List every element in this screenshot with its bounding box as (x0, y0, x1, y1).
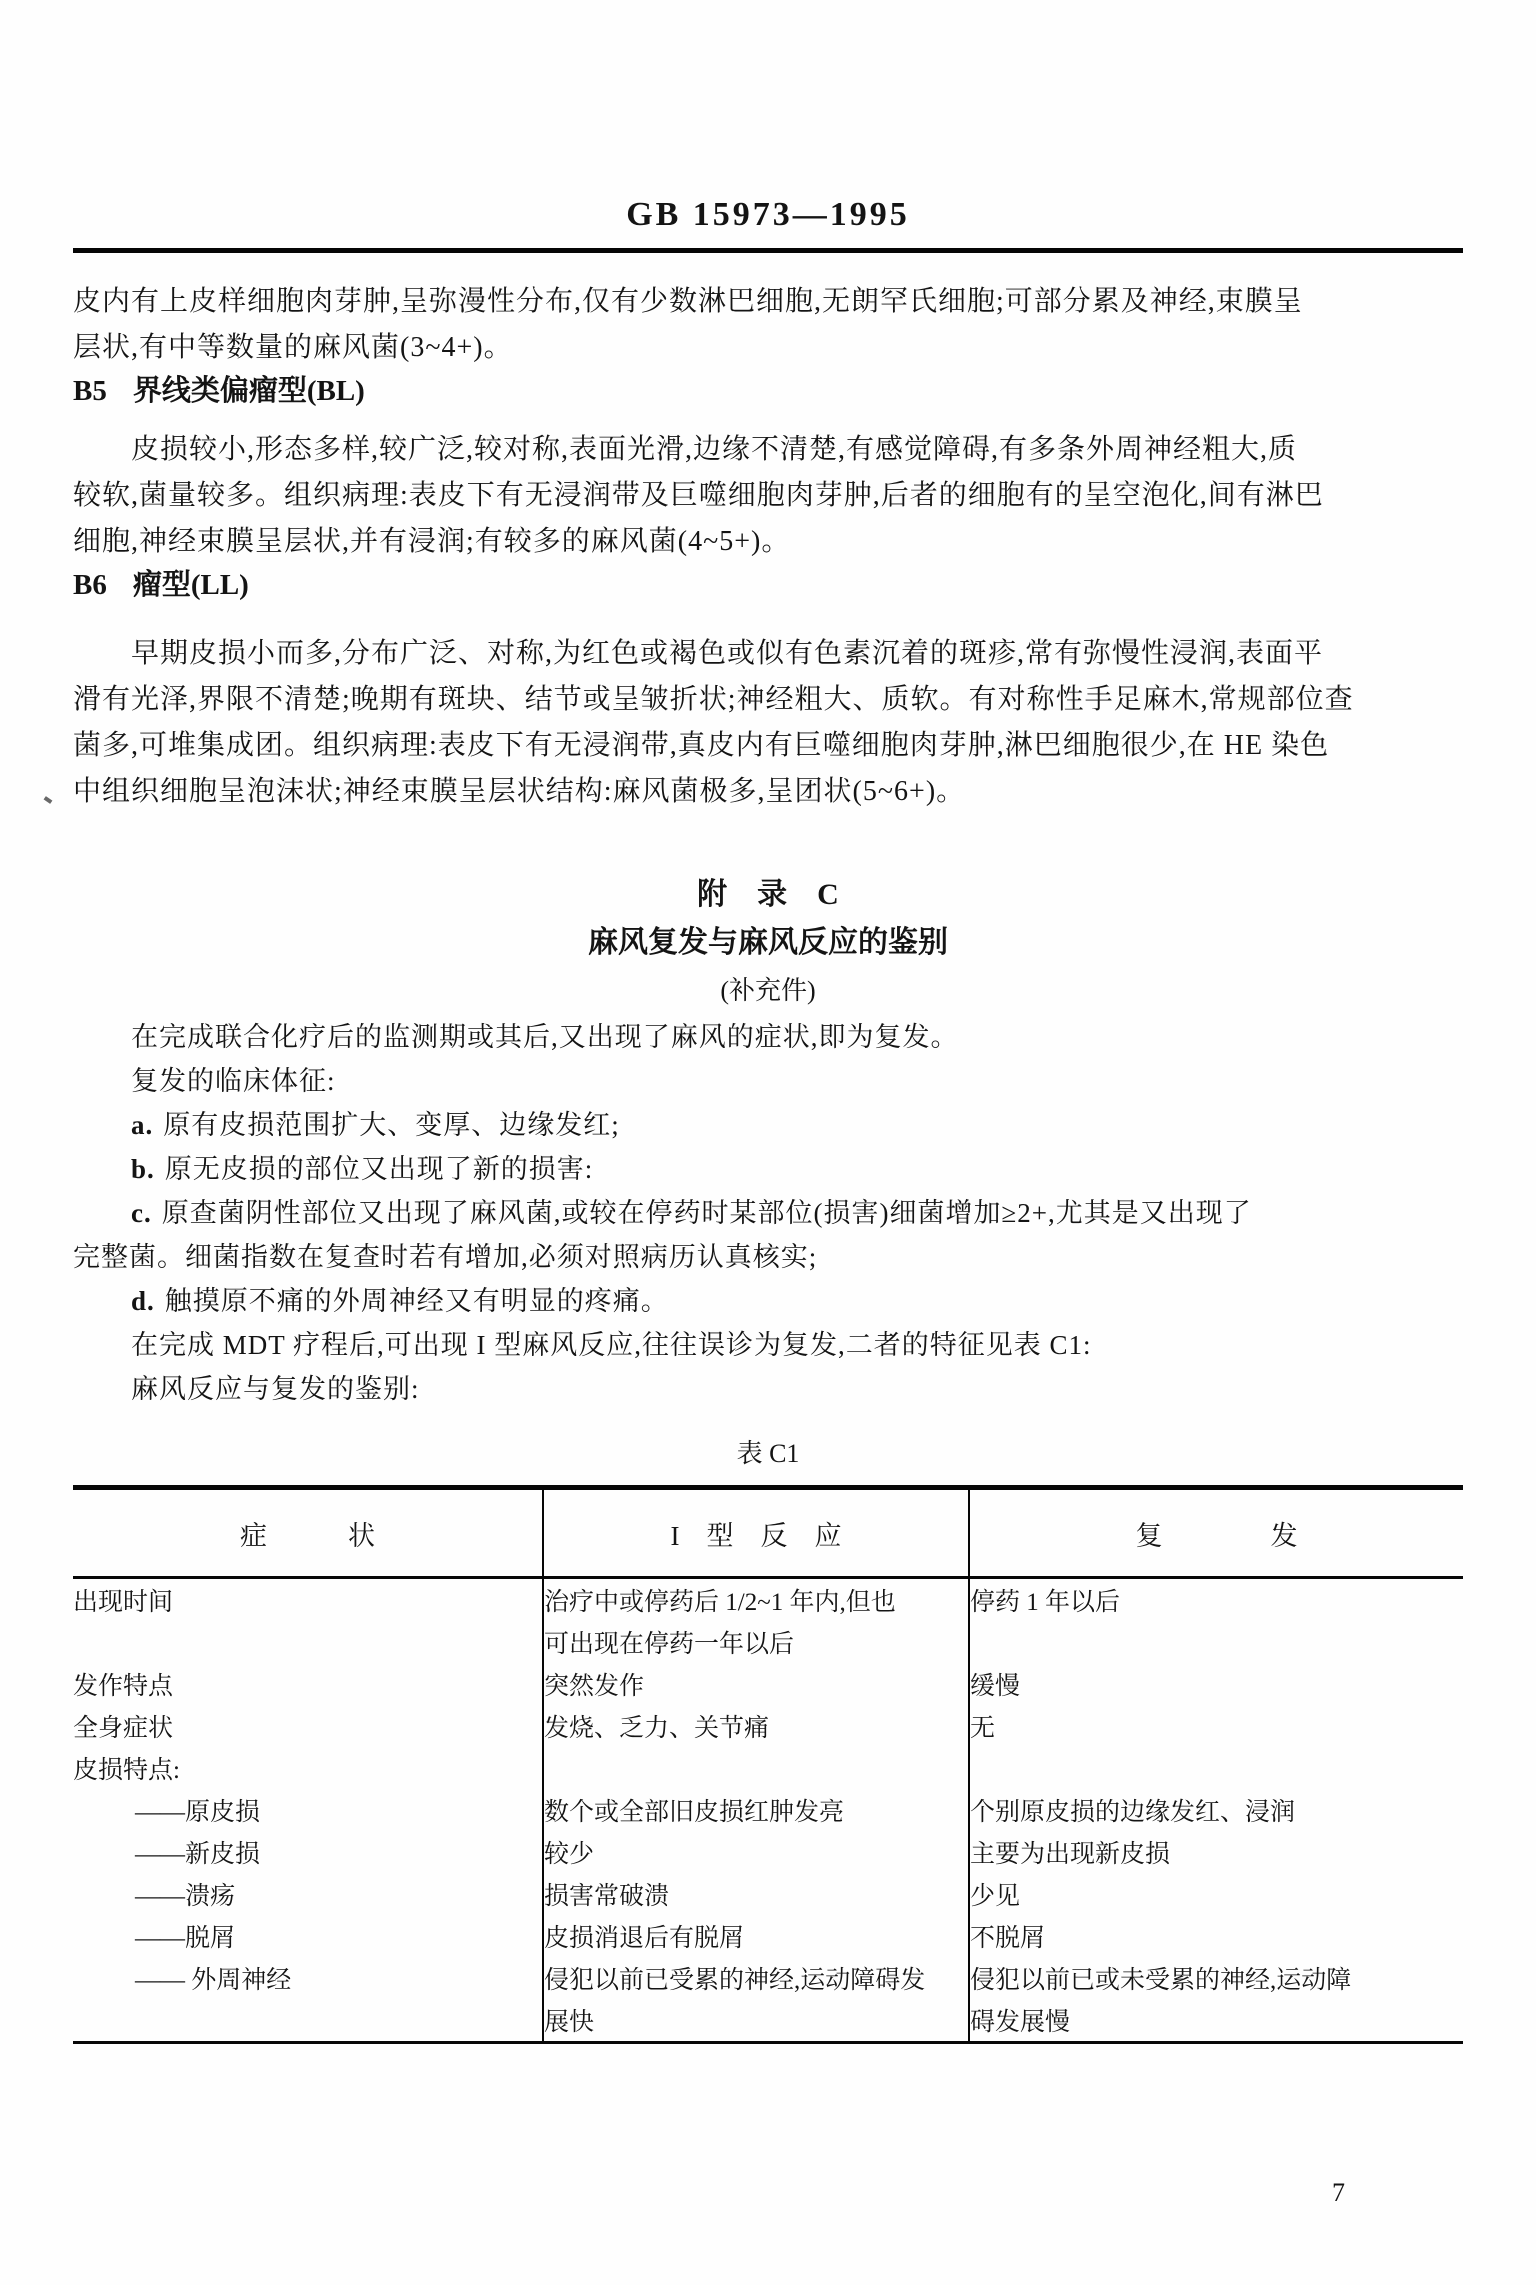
document-page: GB 15973—1995 皮内有上皮样细胞肉芽肿,呈弥漫性分布,仅有少数淋巴细… (0, 0, 1536, 2285)
cell-relapse (969, 1621, 1463, 1663)
cell-reaction: 皮损消退后有脱屑 (543, 1915, 969, 1957)
cell-relapse: 无 (969, 1705, 1463, 1747)
cell-relapse: 不脱屑 (969, 1915, 1463, 1957)
page-number: 7 (1332, 2178, 1345, 2208)
cell-reaction: 损害常破溃 (543, 1873, 969, 1915)
section-b6-line3: 菌多,可堆集成团。组织病理:表皮下有无浸润带,真皮内有巨噬细胞肉芽肿,淋巴细胞很… (73, 723, 1463, 769)
item-b-marker: b. (131, 1154, 155, 1184)
section-b6-paragraph: 早期皮损小而多,分布广泛、对称,为红色或褐色或似有色素沉着的斑疹,常有弥慢性浸润… (73, 631, 1463, 815)
criteria-item-c-continued: 完整菌。细菌指数在复查时若有增加,必须对照病历认真核实; (73, 1235, 1463, 1279)
section-b6-line4: 中组织细胞呈泡沫状;神经束膜呈层状结构:麻风菌极多,呈团状(5~6+)。 (73, 769, 1463, 815)
cell-relapse: 主要为出现新皮损 (969, 1831, 1463, 1873)
cell-reaction: 可出现在停药一年以后 (543, 1621, 969, 1663)
item-d-marker: d. (131, 1286, 155, 1316)
appendix-intro-line: 在完成联合化疗后的监测期或其后,又出现了麻风的症状,即为复发。 (73, 1015, 1463, 1059)
cell-reaction: 展快 (543, 1999, 969, 2043)
criteria-label-line: 复发的临床体征: (73, 1059, 1463, 1103)
cell-reaction: 数个或全部旧皮损红肿发亮 (543, 1789, 969, 1831)
mdt-line: 在完成 MDT 疗程后,可出现 I 型麻风反应,往往误诊为复发,二者的特征见表 … (73, 1323, 1463, 1367)
table-c1: 症 状 I 型 反 应 复 发 出现时间 治疗中或停药后 1/2~1 年内,但也… (73, 1485, 1463, 2044)
cell-symptom: 皮损特点: (73, 1747, 543, 1789)
table-row: ——脱屑 皮损消退后有脱屑 不脱屑 (73, 1915, 1463, 1957)
item-a-text: 原有皮损范围扩大、变厚、边缘发红; (163, 1110, 620, 1140)
cell-symptom: ——新皮损 (73, 1831, 543, 1873)
column-header-relapse: 复 发 (969, 1488, 1463, 1578)
table-row: —— 外周神经 侵犯以前已受累的神经,运动障碍发 侵犯以前已或未受累的神经,运动… (73, 1957, 1463, 1999)
cell-symptom (73, 1999, 543, 2043)
section-b6-line2: 滑有光泽,界限不清楚;晚期有斑块、结节或呈皱折状;神经粗大、质软。有对称性手足麻… (73, 677, 1463, 723)
column-header-type1-reaction: I 型 反 应 (543, 1488, 969, 1578)
cell-symptom: ——脱屑 (73, 1915, 543, 1957)
cell-relapse: 停药 1 年以后 (969, 1578, 1463, 1622)
standard-number: GB 15973—1995 (73, 0, 1463, 234)
appendix-c-subtitle: (补充件) (73, 967, 1463, 1015)
cell-symptom (73, 1621, 543, 1663)
column-header-symptom: 症 状 (73, 1488, 543, 1578)
table-row: 全身症状 发烧、乏力、关节痛 无 (73, 1705, 1463, 1747)
item-c-text: 原查菌阴性部位又出现了麻风菌,或较在停药时某部位(损害)细菌增加≥2+,尤其是又… (162, 1198, 1252, 1228)
intro-paragraph: 皮内有上皮样细胞肉芽肿,呈弥漫性分布,仅有少数淋巴细胞,无朗罕氏细胞;可部分累及… (73, 279, 1463, 371)
table-row: ——新皮损 较少 主要为出现新皮损 (73, 1831, 1463, 1873)
section-b5-line3: 细胞,神经束膜呈层状,并有浸润;有较多的麻风菌(4~5+)。 (73, 519, 1463, 565)
cell-reaction (543, 1747, 969, 1789)
appendix-c-title: 麻风复发与麻风反应的鉴别 (73, 919, 1463, 967)
cell-relapse: 侵犯以前已或未受累的神经,运动障 (969, 1957, 1463, 1999)
section-b6-heading: B6瘤型(LL) (73, 565, 1463, 605)
table-intro-line: 麻风反应与复发的鉴别: (73, 1367, 1463, 1411)
document-body: 皮内有上皮样细胞肉芽肿,呈弥漫性分布,仅有少数淋巴细胞,无朗罕氏细胞;可部分累及… (73, 279, 1463, 2044)
criteria-item-a: a.原有皮损范围扩大、变厚、边缘发红; (73, 1103, 1463, 1147)
cell-relapse: 个别原皮损的边缘发红、浸润 (969, 1789, 1463, 1831)
cell-symptom: 发作特点 (73, 1663, 543, 1705)
section-b5-number: B5 (73, 375, 107, 407)
section-b5-paragraph: 皮损较小,形态多样,较广泛,较对称,表面光滑,边缘不清楚,有感觉障碍,有多条外周… (73, 427, 1463, 565)
cell-relapse: 少见 (969, 1873, 1463, 1915)
section-b6-title: 瘤型(LL) (133, 569, 249, 601)
cell-reaction: 侵犯以前已受累的神经,运动障碍发 (543, 1957, 969, 1999)
cell-reaction: 治疗中或停药后 1/2~1 年内,但也 (543, 1578, 969, 1622)
table-row: 展快 碍发展慢 (73, 1999, 1463, 2043)
appendix-c-heading: 附 录 C (73, 871, 1463, 919)
cell-relapse: 缓慢 (969, 1663, 1463, 1705)
criteria-item-d: d.触摸原不痛的外周神经又有明显的疼痛。 (73, 1279, 1463, 1323)
section-b6-number: B6 (73, 569, 107, 601)
table-row: ——溃疡 损害常破溃 少见 (73, 1873, 1463, 1915)
criteria-item-c: c.原查菌阴性部位又出现了麻风菌,或较在停药时某部位(损害)细菌增加≥2+,尤其… (73, 1191, 1463, 1235)
intro-paragraph-line2: 层状,有中等数量的麻风菌(3~4+)。 (73, 325, 1463, 371)
cell-reaction: 较少 (543, 1831, 969, 1873)
scan-artifact (44, 796, 53, 804)
table-row: ——原皮损 数个或全部旧皮损红肿发亮 个别原皮损的边缘发红、浸润 (73, 1789, 1463, 1831)
item-c-marker: c. (131, 1198, 152, 1228)
header-divider (73, 248, 1463, 253)
cell-symptom: 出现时间 (73, 1578, 543, 1622)
table-row: 可出现在停药一年以后 (73, 1621, 1463, 1663)
table-row: 出现时间 治疗中或停药后 1/2~1 年内,但也 停药 1 年以后 (73, 1578, 1463, 1622)
appendix-c-body: 在完成联合化疗后的监测期或其后,又出现了麻风的症状,即为复发。 复发的临床体征:… (73, 1015, 1463, 1411)
item-a-marker: a. (131, 1110, 153, 1140)
cell-symptom: ——溃疡 (73, 1873, 543, 1915)
section-b5-title: 界线类偏瘤型(BL) (133, 375, 365, 407)
section-b5-heading: B5界线类偏瘤型(BL) (73, 371, 1463, 411)
section-b5-line2: 较软,菌量较多。组织病理:表皮下有无浸润带及巨噬细胞肉芽肿,后者的细胞有的呈空泡… (73, 473, 1463, 519)
cell-reaction: 发烧、乏力、关节痛 (543, 1705, 969, 1747)
intro-paragraph-line1: 皮内有上皮样细胞肉芽肿,呈弥漫性分布,仅有少数淋巴细胞,无朗罕氏细胞;可部分累及… (73, 279, 1463, 325)
item-d-text: 触摸原不痛的外周神经又有明显的疼痛。 (165, 1286, 669, 1316)
cell-symptom: 全身症状 (73, 1705, 543, 1747)
table-row: 皮损特点: (73, 1747, 1463, 1789)
cell-relapse (969, 1747, 1463, 1789)
section-b6-line1: 早期皮损小而多,分布广泛、对称,为红色或褐色或似有色素沉着的斑疹,常有弥慢性浸润… (73, 631, 1463, 677)
section-b5-line1: 皮损较小,形态多样,较广泛,较对称,表面光滑,边缘不清楚,有感觉障碍,有多条外周… (73, 427, 1463, 473)
cell-reaction: 突然发作 (543, 1663, 969, 1705)
table-header-row: 症 状 I 型 反 应 复 发 (73, 1488, 1463, 1578)
table-row: 发作特点 突然发作 缓慢 (73, 1663, 1463, 1705)
cell-symptom: ——原皮损 (73, 1789, 543, 1831)
cell-symptom: —— 外周神经 (73, 1957, 543, 1999)
table-c1-caption: 表 C1 (73, 1437, 1463, 1471)
criteria-item-b: b.原无皮损的部位又出现了新的损害: (73, 1147, 1463, 1191)
item-b-text: 原无皮损的部位又出现了新的损害: (165, 1154, 594, 1184)
cell-relapse: 碍发展慢 (969, 1999, 1463, 2043)
